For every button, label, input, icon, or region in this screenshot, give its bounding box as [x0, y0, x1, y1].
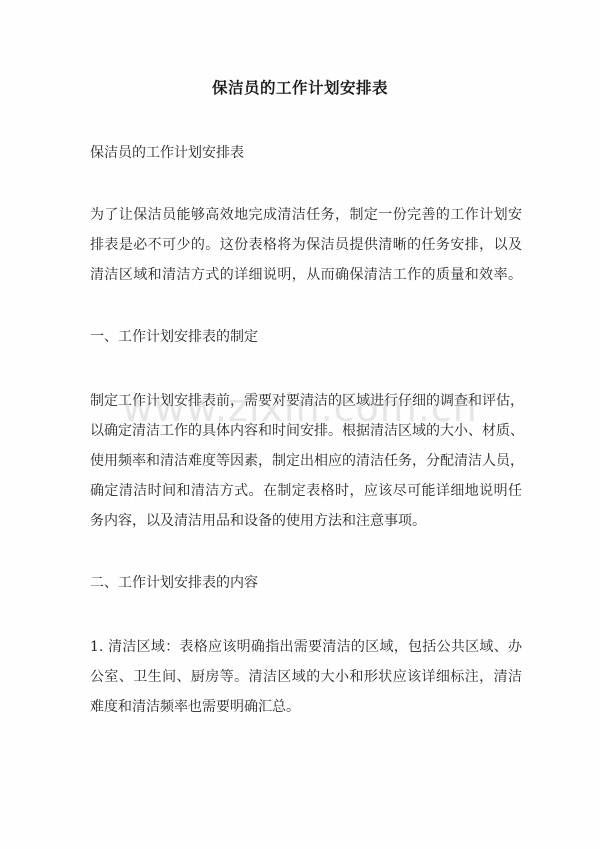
section2-line-2: 公室、卫生间、厨房等。清洁区域的大小和形状应该详细标注，清洁	[90, 667, 522, 687]
intro-line-2: 排表是必不可少的。这份表格将为保洁员提供清晰的任务安排，以及	[90, 235, 522, 255]
section1-line-3: 使用频率和清洁难度等因素，制定出相应的清洁任务，分配清洁人员，	[90, 451, 522, 471]
section2-line-1: 1. 清洁区域：表格应该明确指出需要清洁的区域，包括公共区域、办	[90, 637, 522, 657]
intro-line-3: 清洁区域和清洁方式的详细说明，从而确保清洁工作的质量和效率。	[90, 265, 522, 285]
document-subtitle: 保洁员的工作计划安排表	[90, 143, 522, 163]
section1-line-1: 制定工作计划安排表前，需要对要清洁的区域进行仔细的调查和评估，	[90, 391, 522, 411]
section2-heading: 二、工作计划安排表的内容	[90, 573, 522, 593]
section1-line-2: 以确定清洁工作的具体内容和时间安排。根据清洁区域的大小、材质、	[90, 421, 522, 441]
document-title: 保洁员的工作计划安排表	[0, 77, 600, 99]
intro-line-1: 为了让保洁员能够高效地完成清洁任务，制定一份完善的工作计划安	[90, 205, 522, 225]
section2-line-3: 难度和清洁频率也需要明确汇总。	[90, 697, 522, 717]
section1-line-4: 确定清洁时间和清洁方式。在制定表格时，应该尽可能详细地说明任	[90, 481, 522, 501]
section1-line-5: 务内容，以及清洁用品和设备的使用方法和注意事项。	[90, 511, 522, 531]
section1-heading: 一、工作计划安排表的制定	[90, 327, 522, 347]
document-page: 保洁员的工作计划安排表 保洁员的工作计划安排表 为了让保洁员能够高效地完成清洁任…	[0, 0, 600, 849]
